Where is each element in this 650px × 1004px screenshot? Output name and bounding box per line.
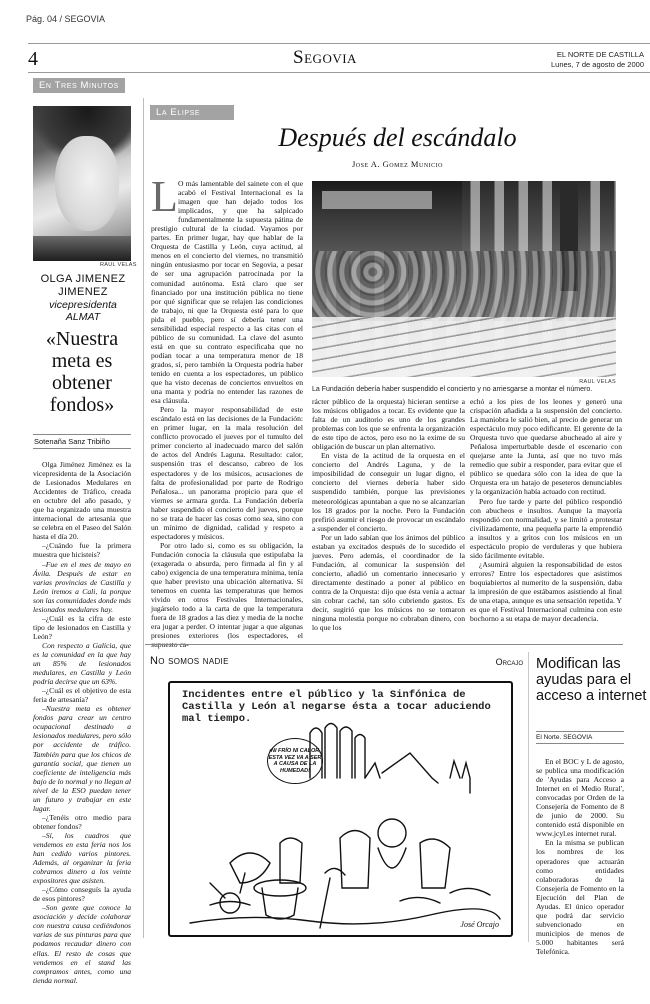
article-byline: Jose A. Gomez Municio [145, 159, 650, 169]
interview-answer: Con respecto a Galicia, que es la comuni… [33, 641, 131, 686]
newspaper-name: EL NORTE DE CASTILLA [551, 50, 644, 60]
concert-photo [312, 181, 616, 377]
article-paragraph: Pero la mayor responsabilidad de este es… [151, 405, 303, 541]
brief-headline: Modifican las ayudas para el acceso a in… [536, 656, 650, 704]
name-line-2: JIMENEZ [24, 286, 142, 299]
interview-kicker: En Tres Minutos [33, 78, 125, 93]
interview-answer: –Son gente que conoce la asociación y de… [33, 903, 131, 984]
interviewee-name: OLGA JIMENEZ JIMENEZ [24, 273, 142, 299]
photo-wall [322, 191, 432, 209]
article-paragraph: Por otro lado si, como es su obligación,… [151, 541, 303, 650]
article-paragraph: Por un lado sabían que los ánimos del pú… [312, 533, 465, 633]
masthead: EL NORTE DE CASTILLA Lunes, 7 de agosto … [551, 50, 644, 70]
header-bottom-rule [28, 72, 650, 73]
brief-separator [528, 652, 529, 942]
article-paragraph: ¿Asumirá alguien la responsabilidad de e… [470, 560, 622, 623]
photo-crowd [312, 251, 616, 321]
article-bottom-rule [145, 644, 623, 645]
article-paragraph: En vista de la actitud de la orquesta en… [312, 451, 465, 532]
header-top-rule [28, 43, 650, 44]
name-line-1: OLGA JIMENEZ [24, 273, 142, 286]
cartoon-title: No somos nadie [150, 655, 229, 667]
brief-source: El Norte. SEGOVIA [536, 731, 624, 744]
speech-bubble: ¡NI FRÍO NI CALOR, ESTA VEZ VA A SER A C… [267, 738, 323, 784]
column-separator [143, 98, 144, 938]
drop-cap: L [151, 179, 175, 217]
role-line-1: vicepresidenta [24, 299, 142, 311]
article-column-3: echó a los pies de los leones y generó u… [470, 397, 622, 623]
interview-answer: –Sí, los cuadros que vendemos en esta fe… [33, 831, 131, 885]
article-column-1: LO más lamentable del sainete con el que… [151, 179, 303, 649]
brief-body: En el BOC y L de agosto, se publica una … [536, 757, 624, 956]
interview-question: –¿Cuál es la cifra de este tipo de lesio… [33, 614, 131, 641]
interviewee-role: vicepresidenta ALMAT [24, 299, 142, 323]
interview-answer: –Fue en el mes de mayo en Ávila. Después… [33, 560, 131, 614]
article-lead-paragraph: LO más lamentable del sainete con el que… [151, 179, 303, 405]
pull-quote: «Nuestra meta es obtener fondos» [26, 328, 138, 416]
editorial-cartoon: Incidentes entre el público y la Sinfóni… [168, 681, 513, 937]
interview-question: –¿Tenéis otro medio para obtener fondos? [33, 813, 131, 831]
issue-date: Lunes, 7 de agosto de 2000 [551, 60, 644, 70]
portrait-face [55, 136, 119, 231]
interview-question: –¿Cómo conseguís la ayuda de esos pintor… [33, 885, 131, 903]
portrait-shoulders [33, 236, 131, 261]
article-paragraph: rácter público de la orquesta) hicieran … [312, 397, 465, 451]
photo-chairs [312, 317, 616, 377]
interview-paragraph: Olga Jiménez Jiménez es la vicepresident… [33, 460, 131, 541]
article-headline: Después del escándalo [145, 123, 650, 153]
page-reference: Pág. 04 / SEGOVIA [26, 14, 105, 24]
article-paragraph: echó a los pies de los leones y generó u… [470, 397, 622, 497]
portrait-credit: RAUL VELAS [100, 262, 137, 268]
interviewee-portrait [33, 106, 131, 261]
photo-caption: La Fundación debería haber suspendido el… [312, 386, 622, 393]
article-paragraph: Pero fue tarde y parte del público respo… [470, 497, 622, 560]
interview-author: Sotenaña Sanz Tribiño [33, 434, 131, 449]
role-line-2: ALMAT [24, 311, 142, 323]
interview-answer: –Nuestra meta es obtener fondos para cre… [33, 704, 131, 813]
interview-body: Olga Jiménez Jiménez es la vicepresident… [33, 460, 131, 985]
brief-paragraph: En el BOC y L de agosto, se publica una … [536, 757, 624, 838]
cartoon-author: Orcajo [470, 657, 523, 667]
article-column-2: rácter público de la orquesta) hicieran … [312, 397, 465, 632]
article-kicker: La Elipse [150, 105, 234, 120]
cartoon-caption: Incidentes entre el público y la Sinfóni… [182, 689, 507, 725]
brief-paragraph: En la misma se publican los nombres de l… [536, 838, 624, 956]
interview-question: –¿Cuándo fue la primera muestra que hici… [33, 541, 131, 559]
photo-credit: RAUL VELAS [560, 379, 616, 385]
interview-question: –¿Cuál es el objetivo de esta feria de a… [33, 686, 131, 704]
cartoon-signature: José Orcajo [460, 920, 499, 929]
